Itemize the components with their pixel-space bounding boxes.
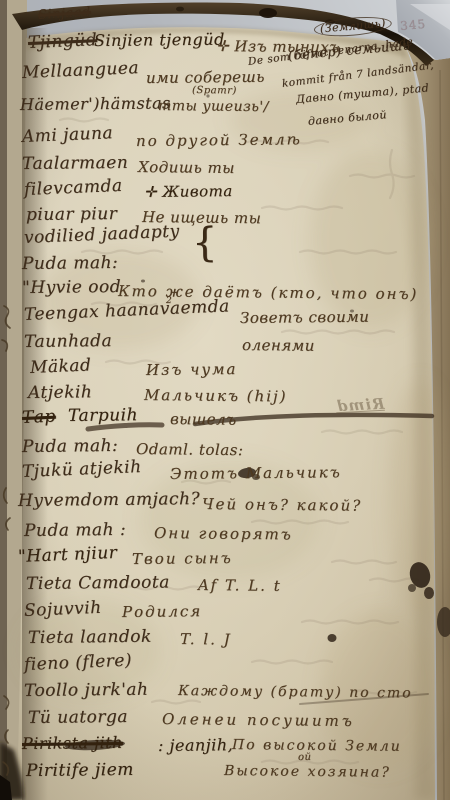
russian-gloss: Каждому (брату) по сто xyxy=(178,683,413,701)
russian-gloss: оленями xyxy=(242,336,315,355)
superscript-note: 2 xyxy=(166,296,172,306)
margin-note-russian: давно былой xyxy=(307,108,387,128)
latin-term: Häemer')hämstas xyxy=(20,93,171,114)
russian-gloss: Этотъ Мальчикъ xyxy=(170,463,342,483)
bleedthrough-word: Rimd xyxy=(336,395,385,416)
russian-gloss: вышелъ xyxy=(170,410,237,429)
latin-term: Tarpuih xyxy=(68,405,138,426)
abbreviation-note: Af T. L. t xyxy=(198,576,282,595)
latin-term: Atjekih xyxy=(28,382,93,403)
russian-gloss: ими соберешь xyxy=(146,68,265,87)
latin-term: Tieta Camdoota xyxy=(26,572,170,594)
latin-term: Ami jauna xyxy=(22,123,114,147)
latin-term: Puda mah: xyxy=(22,253,118,274)
latin-term: Tjukü atjekih xyxy=(22,457,142,482)
russian-gloss: Мальчикъ (hij) xyxy=(144,386,288,406)
russian-gloss: Они говорятъ xyxy=(154,524,293,543)
russian-gloss: Твои сынъ xyxy=(132,549,233,568)
latin-term: Taalarmaen xyxy=(22,153,128,174)
russian-gloss: Изъ чума xyxy=(146,360,238,379)
russian-gloss: по другой Землѣ xyxy=(136,130,302,150)
manuscript-text-layer: Sinjaad Tjingüd Sinjien tjengüd ✛ Изъ ты… xyxy=(0,0,450,800)
circled-note: (Землишь) xyxy=(313,14,392,39)
russian-gloss: Зоветъ своими xyxy=(240,308,370,327)
latin-term: vodilied jaadapty xyxy=(24,221,180,248)
russian-gloss: Чей онъ? какой? xyxy=(202,495,362,515)
latin-term: Mäkad xyxy=(30,355,92,378)
latin-term: Tü uatorga xyxy=(28,707,128,728)
struck-term: Тар xyxy=(22,407,57,428)
struck-term: Tjingüd xyxy=(28,30,98,53)
russian-gloss: Родился xyxy=(122,602,202,621)
latin-term: fieno (flere) xyxy=(24,650,133,675)
russian-gloss: Высокое хозяина? xyxy=(224,763,391,781)
latin-term: Tieta laandok xyxy=(28,627,152,648)
abbreviation-note: T. l. J xyxy=(180,630,232,649)
latin-term: filevcamda xyxy=(24,176,123,200)
russian-gloss: ✛ Живота xyxy=(144,182,233,201)
struck-term: Piriksta jith xyxy=(22,733,123,753)
superscript-note: (Spamr) xyxy=(192,85,237,96)
latin-term: "Hart njiur xyxy=(18,543,118,567)
struck-term: Sinjaad xyxy=(38,5,92,23)
brace-mark: { xyxy=(192,220,218,266)
translation-note: Odaml. tolas: xyxy=(136,440,244,459)
latin-term: Hyvemdom amjach? xyxy=(18,489,200,511)
manuscript-photo: Sinjaad Tjingüd Sinjien tjengüd ✛ Изъ ты… xyxy=(0,0,450,800)
superscript-note: ой xyxy=(298,752,312,763)
latin-term: Puda mah: xyxy=(22,436,118,457)
russian-gloss: Оленеи посушитъ xyxy=(162,710,355,730)
latin-term: Sojuvvih xyxy=(24,598,102,621)
latin-term: Piritife jiem xyxy=(26,760,134,781)
latin-term: Puda mah : xyxy=(24,520,126,541)
latin-term: Toollo jurk'ah xyxy=(24,680,149,701)
page-number: 345 xyxy=(399,17,426,33)
latin-term: Mellaanguea xyxy=(22,58,140,83)
latin-term: : jeanjih, xyxy=(158,735,233,755)
latin-term: "Hyvie ood xyxy=(22,277,121,298)
russian-gloss: тты ушеизь'/ xyxy=(158,98,269,115)
latin-term: Teengax haanavaemda xyxy=(24,296,231,325)
latin-term: Sinjien tjengüd xyxy=(94,30,225,50)
latin-term: Taunhada xyxy=(24,331,112,352)
latin-term: piuar piur xyxy=(26,204,118,225)
russian-gloss: Ходишь ты xyxy=(138,158,235,177)
russian-gloss: По высокой Земли xyxy=(232,737,402,755)
